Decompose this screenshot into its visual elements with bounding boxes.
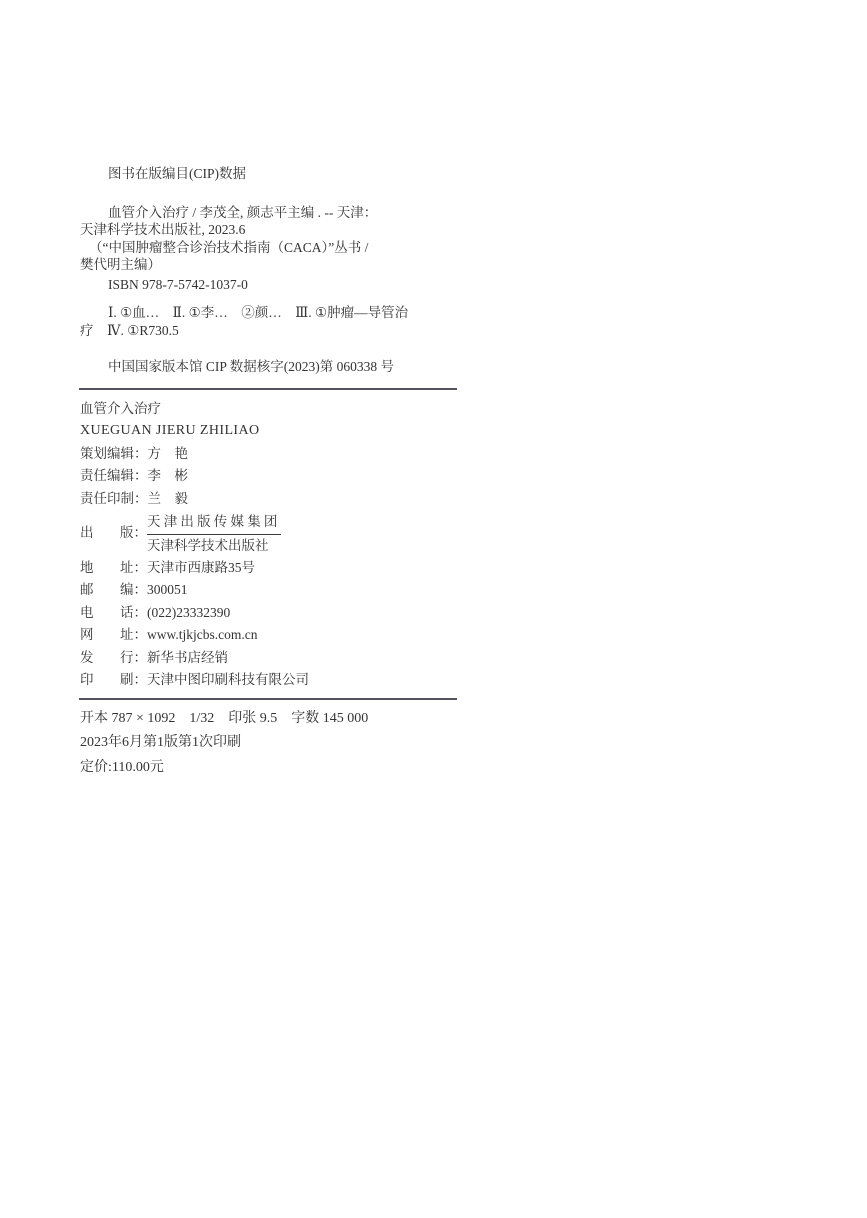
staff-label: 责任编辑： [80,465,148,487]
info-label: 印 刷： [80,669,147,691]
staff-label: 责任印制： [80,488,148,510]
cip-heading: 图书在版编目(CIP)数据 [80,165,470,183]
info-label-second: 编： [120,579,147,601]
info-value: 天津中图印刷科技有限公司 [147,669,470,691]
cip-record-line2: 天津科学技术出版社, 2023.6 [80,221,470,239]
info-value: 新华书店经销 [147,647,470,669]
cip-data-block: 图书在版编目(CIP)数据 血管介入治疗 / 李茂全, 颜志平主编 . -- 天… [80,165,470,376]
cip-registry-line: 中国国家版本馆 CIP 数据核字(2023)第 060338 号 [80,358,470,376]
info-label-first: 印 [80,669,94,691]
format-line: 开本 787 × 1092 1/32 印张 9.5 字数 145 000 [80,707,470,731]
info-label: 电 话： [80,602,147,624]
cip-classification-line1: Ⅰ. ①血… Ⅱ. ①李… ②颜… Ⅲ. ①肿瘤—导管治 [80,304,470,322]
info-label: 邮 编： [80,579,147,601]
info-row-distribution: 发 行： 新华书店经销 [80,647,470,669]
staff-value: 兰 毅 [148,488,471,510]
publisher-group: 天津出版传媒集团 [147,510,281,535]
info-label-second: 址： [120,624,147,646]
publisher-label: 出 版： [80,522,147,544]
info-label-first: 发 [80,647,94,669]
staff-row-planning-editor: 策划编辑： 方 艳 [80,443,470,465]
info-label-first: 电 [80,602,94,624]
info-label-second: 址： [120,557,147,579]
info-row-phone: 电 话： (022)23332390 [80,602,470,624]
staff-row-responsible-editor: 责任编辑： 李 彬 [80,465,470,487]
info-value: 300051 [147,579,470,601]
book-title-pinyin: XUEGUAN JIERU ZHILIAO [80,420,470,442]
staff-value: 方 艳 [148,443,471,465]
divider-rule-top [79,388,457,390]
staff-label: 策划编辑： [80,443,148,465]
cip-record-line1: 血管介入治疗 / 李茂全, 颜志平主编 . -- 天津： [80,204,470,222]
publisher-row: 出 版： 天津出版传媒集团 天津科学技术出版社 [80,510,470,557]
printing-info-block: 开本 787 × 1092 1/32 印张 9.5 字数 145 000 202… [80,707,470,780]
info-label-first: 邮 [80,579,94,601]
staff-value: 李 彬 [148,465,471,487]
divider-rule-bottom [79,698,457,700]
cip-classification-line2: 疗 Ⅳ. ①R730.5 [80,322,470,340]
info-label: 发 行： [80,647,147,669]
info-row-website: 网 址： www.tjkjcbs.com.cn [80,624,470,646]
cip-series-line2: 樊代明主编） [80,256,470,274]
info-row-printer: 印 刷： 天津中图印刷科技有限公司 [80,669,470,691]
edition-line: 2023年6月第1版第1次印刷 [80,731,470,755]
info-label: 地 址： [80,557,147,579]
publisher-press: 天津科学技术出版社 [147,535,281,557]
colophon-block: 血管介入治疗 XUEGUAN JIERU ZHILIAO 策划编辑： 方 艳 责… [80,398,470,691]
book-title-cn: 血管介入治疗 [80,398,470,420]
publisher-label-second: 版： [120,522,147,544]
info-label-first: 地 [80,557,94,579]
info-label-second: 行： [120,647,147,669]
book-copyright-page: 图书在版编目(CIP)数据 血管介入治疗 / 李茂全, 颜志平主编 . -- 天… [0,0,867,1218]
info-label: 网 址： [80,624,147,646]
info-value: www.tjkjcbs.com.cn [147,624,470,646]
info-value: 天津市西康路35号 [147,557,470,579]
info-label-second: 刷： [120,669,147,691]
publisher-label-first: 出 [80,522,94,544]
info-row-address: 地 址： 天津市西康路35号 [80,557,470,579]
info-label-second: 话： [120,602,147,624]
info-label-first: 网 [80,624,94,646]
info-value: (022)23332390 [147,602,470,624]
staff-row-print-supervisor: 责任印制： 兰 毅 [80,488,470,510]
price-line: 定价:110.00元 [80,756,470,780]
info-row-postcode: 邮 编： 300051 [80,579,470,601]
isbn-line: ISBN 978-7-5742-1037-0 [80,276,470,294]
publisher-value-stack: 天津出版传媒集团 天津科学技术出版社 [147,510,281,557]
cip-series-line1: （“中国肿瘤整合诊治技术指南（CACA）”丛书 / [80,239,470,257]
